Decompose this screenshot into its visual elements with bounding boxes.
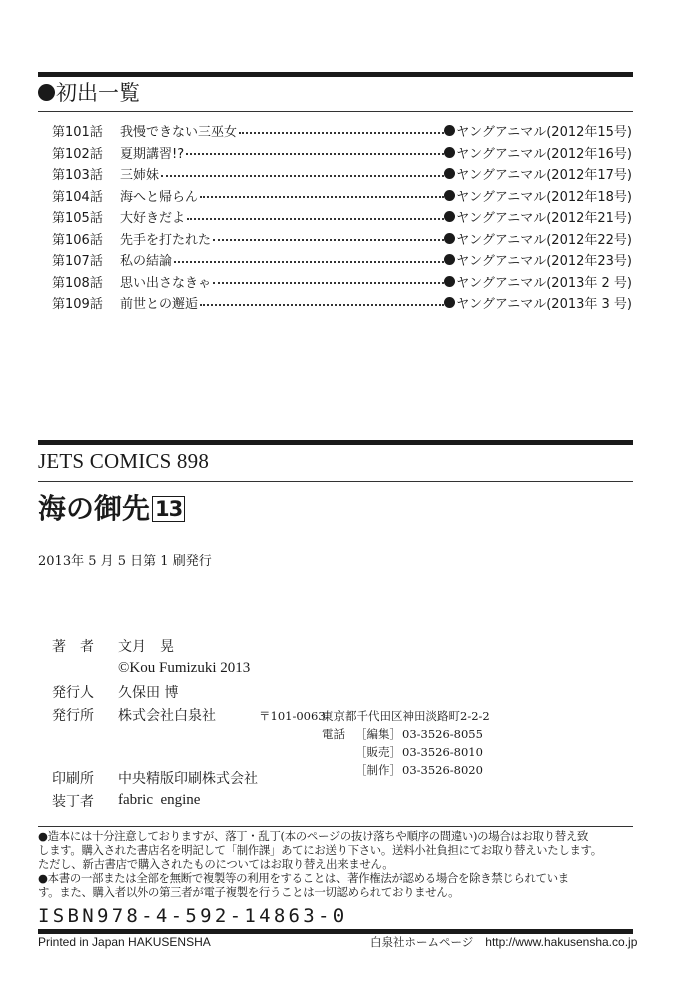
list-item: 第109話 前世との邂逅 ヤングアニマル(2013年 3 号) <box>52 292 632 314</box>
source-text: ヤングアニマル(2013年 3 号) <box>456 293 632 312</box>
episode-source: ヤングアニマル(2012年18号) <box>444 186 632 205</box>
episode-title: 前世との邂逅 <box>120 293 198 312</box>
bullet-icon <box>38 84 55 101</box>
episode-number: 第103話 <box>52 164 120 183</box>
list-item: 第107話 私の結論 ヤングアニマル(2012年23号) <box>52 249 632 271</box>
episode-source: ヤングアニマル(2012年21号) <box>444 207 632 226</box>
dot-leader <box>187 218 444 220</box>
list-item: 第101話 我慢できない三巫女 ヤングアニマル(2012年15号) <box>52 120 632 142</box>
episode-number: 第101話 <box>52 121 120 140</box>
phone-number: 03-3526-8020 <box>402 761 483 779</box>
credit-label: 著 者 <box>52 636 118 656</box>
production-credits: 印刷所 中央精版印刷株式会社 装丁者 fabric engine <box>52 766 258 812</box>
credit-value: 久保田 博 <box>118 682 178 702</box>
dot-leader <box>174 261 444 263</box>
publisher-address: 〒101-0063 東京都千代田区神田淡路町2-2-2 電話 ［編集］ 03-3… <box>259 707 490 779</box>
source-text: ヤングアニマル(2012年23号) <box>456 250 632 269</box>
dot-leader <box>213 282 444 284</box>
episode-source: ヤングアニマル(2012年17号) <box>444 164 632 183</box>
bullet-icon <box>444 297 455 308</box>
dot-leader <box>161 175 444 177</box>
episode-number: 第105話 <box>52 207 120 226</box>
bullet-icon <box>444 147 455 158</box>
episode-title: 思い出さなきゃ <box>120 272 211 291</box>
notice-line: します。購入された書店名を明記して「制作課」あてにお送り下さい。送料小社負担にて… <box>38 843 638 857</box>
homepage-url[interactable]: http://www.hakusensha.co.jp <box>485 935 637 949</box>
credit-value: fabric engine <box>118 792 200 809</box>
credit-publisher-person: 発行人 久保田 博 <box>52 680 250 703</box>
dot-leader <box>239 132 444 134</box>
list-item: 第104話 海へと帰らん ヤングアニマル(2012年18号) <box>52 185 632 207</box>
phone-row: ［販売］ 03-3526-8010 <box>322 743 490 761</box>
volume-number: 13 <box>152 496 185 522</box>
credit-label: 発行人 <box>52 682 118 702</box>
bullet-icon <box>444 233 455 244</box>
credit-value: 文月 晃 <box>118 636 174 656</box>
episode-source: ヤングアニマル(2012年22号) <box>444 229 632 248</box>
phone-dept: ［編集］ <box>355 725 402 743</box>
credit-publisher-company: 発行所 株式会社白泉社 <box>52 703 250 726</box>
first-appearance-list: 第101話 我慢できない三巫女 ヤングアニマル(2012年15号) 第102話 … <box>52 120 632 314</box>
credit-binding: 装丁者 fabric engine <box>52 789 258 812</box>
episode-number: 第108話 <box>52 272 120 291</box>
episode-source: ヤングアニマル(2012年23号) <box>444 250 632 269</box>
list-item: 第108話 思い出さなきゃ ヤングアニマル(2013年 2 号) <box>52 271 632 293</box>
credit-value: 株式会社白泉社 <box>118 705 216 725</box>
title-text: 海の御先 <box>38 492 150 526</box>
postal-code: 〒101-0063 <box>259 707 322 725</box>
bullet-icon <box>444 168 455 179</box>
bullet-icon <box>444 190 455 201</box>
episode-number: 第102話 <box>52 143 120 162</box>
phone-number: 03-3526-8055 <box>402 725 483 743</box>
dot-leader <box>200 304 444 306</box>
dot-leader <box>186 153 444 155</box>
list-item: 第106話 先手を打たれた ヤングアニマル(2012年22号) <box>52 228 632 250</box>
spacer <box>322 761 355 779</box>
credit-label: 印刷所 <box>52 768 118 788</box>
bullet-icon <box>444 254 455 265</box>
phone-label: 電話 <box>322 725 355 743</box>
bullet-icon <box>444 125 455 136</box>
top-thick-rule <box>38 72 633 77</box>
source-text: ヤングアニマル(2012年21号) <box>456 207 632 226</box>
first-appearance-heading: 初出一覧 <box>38 80 140 106</box>
credit-author: 著 者 文月 晃 <box>52 634 250 657</box>
isbn-rule <box>38 929 633 934</box>
publication-date: 2013年 5 月 5 日第 1 刷発行 <box>38 553 212 571</box>
credit-label: 発行所 <box>52 705 118 725</box>
credits: 著 者 文月 晃 ©Kou Fumizuki 2013 発行人 久保田 博 発行… <box>52 634 250 726</box>
phone-row: ［制作］ 03-3526-8020 <box>322 761 490 779</box>
bullet-icon <box>444 211 455 222</box>
homepage-label: 白泉社ホームページ <box>370 935 473 949</box>
series-label: JETS COMICS 898 <box>38 449 209 473</box>
credit-value: ©Kou Fumizuki 2013 <box>118 660 250 677</box>
legal-notice: ●造本には十分注意しておりますが、落丁・乱丁(本のページの抜け落ちや順序の間違い… <box>38 829 638 899</box>
episode-title: 我慢できない三巫女 <box>120 121 237 140</box>
episode-source: ヤングアニマル(2012年16号) <box>444 143 632 162</box>
notice-line: す。また、購入者以外の第三者が電子複製を行うことは一切認められておりません。 <box>38 885 638 899</box>
heading-text: 初出一覧 <box>56 81 140 105</box>
dot-leader <box>200 196 444 198</box>
spacer <box>322 743 355 761</box>
episode-number: 第104話 <box>52 186 120 205</box>
source-text: ヤングアニマル(2012年18号) <box>456 186 632 205</box>
source-text: ヤングアニマル(2012年22号) <box>456 229 632 248</box>
episode-source: ヤングアニマル(2012年15号) <box>444 121 632 140</box>
colophon-thick-rule <box>38 440 633 445</box>
printed-in-label: Printed in Japan HAKUSENSHA <box>38 935 211 950</box>
dot-leader <box>213 239 444 241</box>
credit-value: 中央精版印刷株式会社 <box>118 768 258 788</box>
episode-title: 大好きだよ <box>120 207 185 226</box>
credit-printer: 印刷所 中央精版印刷株式会社 <box>52 766 258 789</box>
episode-number: 第109話 <box>52 293 120 312</box>
heading-underline-rule <box>38 111 633 112</box>
notice-line: ●造本には十分注意しておりますが、落丁・乱丁(本のページの抜け落ちや順序の間違い… <box>38 829 638 843</box>
list-item: 第105話 大好きだよ ヤングアニマル(2012年21号) <box>52 206 632 228</box>
list-item: 第102話 夏期講習!? ヤングアニマル(2012年16号) <box>52 142 632 164</box>
source-text: ヤングアニマル(2012年17号) <box>456 164 632 183</box>
episode-source: ヤングアニマル(2013年 2 号) <box>444 272 632 291</box>
episode-source: ヤングアニマル(2013年 3 号) <box>444 293 632 312</box>
homepage-info: 白泉社ホームページhttp://www.hakusensha.co.jp <box>370 935 637 950</box>
list-item: 第103話 三姉妹 ヤングアニマル(2012年17号) <box>52 163 632 185</box>
address-text: 東京都千代田区神田淡路町2-2-2 <box>322 707 490 725</box>
phone-dept: ［制作］ <box>355 761 402 779</box>
bullet-icon <box>444 276 455 287</box>
isbn: ISBN978-4-592-14863-0 <box>38 905 348 927</box>
phone-row: 電話 ［編集］ 03-3526-8055 <box>322 725 490 743</box>
episode-number: 第107話 <box>52 250 120 269</box>
phone-dept: ［販売］ <box>355 743 402 761</box>
series-underline-rule <box>38 481 633 482</box>
source-text: ヤングアニマル(2012年15号) <box>456 121 632 140</box>
episode-title: 夏期講習!? <box>120 143 184 162</box>
phone-number: 03-3526-8010 <box>402 743 483 761</box>
episode-title: 海へと帰らん <box>120 186 198 205</box>
episode-title: 先手を打たれた <box>120 229 211 248</box>
episode-number: 第106話 <box>52 229 120 248</box>
notice-top-rule <box>38 826 633 827</box>
source-text: ヤングアニマル(2012年16号) <box>456 143 632 162</box>
credit-label: 装丁者 <box>52 791 118 811</box>
notice-line: ただし、新古書店で購入されたものについてはお取り替え出来ません。 <box>38 857 638 871</box>
book-title: 海の御先13 <box>38 492 185 526</box>
notice-line: ●本書の一部または全部を無断で複製等の利用をすることは、著作権法が認める場合を除… <box>38 871 638 885</box>
episode-title: 私の結論 <box>120 250 172 269</box>
source-text: ヤングアニマル(2013年 2 号) <box>456 272 632 291</box>
episode-title: 三姉妹 <box>120 164 159 183</box>
credit-copyright: ©Kou Fumizuki 2013 <box>52 657 250 680</box>
address-row: 〒101-0063 東京都千代田区神田淡路町2-2-2 <box>259 707 490 725</box>
